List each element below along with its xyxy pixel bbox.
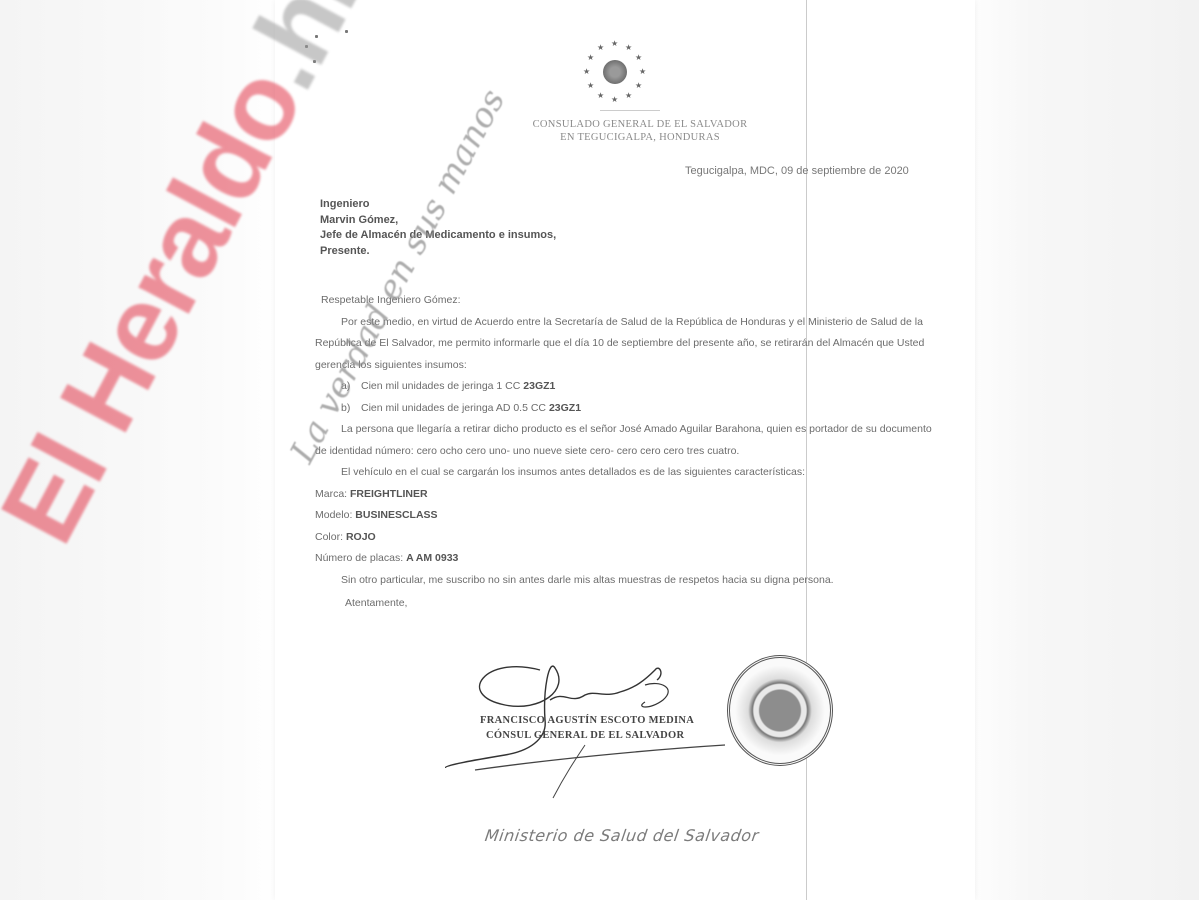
letter-body: Respetable Ingeniero Gómez: Por este med… [315, 290, 940, 615]
paragraph-closing: Sin otro particular, me suscribo no sin … [315, 570, 940, 592]
supply-item: b)Cien mil unidades de jeringa AD 0.5 CC… [315, 398, 940, 420]
signer-block: FRANCISCO AGUSTÍN ESCOTO MEDINA CÓNSUL G… [480, 713, 694, 743]
vehicle-plates-label: Número de placas: [315, 552, 403, 564]
vehicle-plates: Número de placas: A AM 0933 [315, 548, 940, 570]
paragraph-agreement: Por este medio, en virtud de Acuerdo ent… [315, 312, 940, 377]
letterhead: CONSULADO GENERAL DE EL SALVADOR EN TEGU… [495, 118, 785, 144]
vehicle-brand-label: Marca: [315, 488, 347, 500]
vehicle-color-label: Color: [315, 531, 343, 543]
item-code: 23GZ1 [523, 380, 555, 392]
vehicle-plates-value: A AM 0933 [406, 552, 458, 564]
letterhead-line-2: EN TEGUCIGALPA, HONDURAS [495, 131, 785, 144]
vehicle-color-value: ROJO [346, 531, 376, 543]
vehicle-model-value: BUSINESCLASS [355, 509, 437, 521]
coat-of-arms-icon: ★ ★ ★ ★ ★ ★ ★ ★ ★ ★ ★ ★ [583, 40, 647, 104]
vehicle-color: Color: ROJO [315, 527, 940, 549]
closing-salutation: Atentamente, [345, 593, 940, 615]
handwritten-note: Ministerio de Salud del Salvador [484, 826, 760, 845]
item-text: Cien mil unidades de jeringa 1 CC [361, 380, 520, 392]
paragraph-vehicle: El vehículo en el cual se cargarán los i… [315, 462, 940, 484]
signer-title: CÓNSUL GENERAL DE EL SALVADOR [480, 728, 694, 743]
vehicle-brand-value: FREIGHTLINER [350, 488, 428, 500]
letterhead-line-1: CONSULADO GENERAL DE EL SALVADOR [495, 118, 785, 131]
item-text: Cien mil unidades de jeringa AD 0.5 CC [361, 402, 546, 414]
supply-item: a)Cien mil unidades de jeringa 1 CC 23GZ… [315, 376, 940, 398]
signer-name: FRANCISCO AGUSTÍN ESCOTO MEDINA [480, 713, 694, 728]
paragraph-person: La persona que llegaría a retirar dicho … [315, 419, 940, 462]
recipient-presente: Presente. [320, 244, 556, 260]
document-page: ★ ★ ★ ★ ★ ★ ★ ★ ★ ★ ★ ★ CONSULADO GENERA… [275, 0, 975, 900]
item-code: 23GZ1 [549, 402, 581, 414]
vehicle-brand: Marca: FREIGHTLINER [315, 484, 940, 506]
vehicle-model: Modelo: BUSINESCLASS [315, 505, 940, 527]
vehicle-model-label: Modelo: [315, 509, 352, 521]
letterhead-rule [600, 110, 660, 111]
consular-seal-icon [727, 655, 833, 766]
greeting: Respetable Ingeniero Gómez: [321, 290, 940, 312]
letter-date: Tegucigalpa, MDC, 09 de septiembre de 20… [685, 165, 909, 177]
